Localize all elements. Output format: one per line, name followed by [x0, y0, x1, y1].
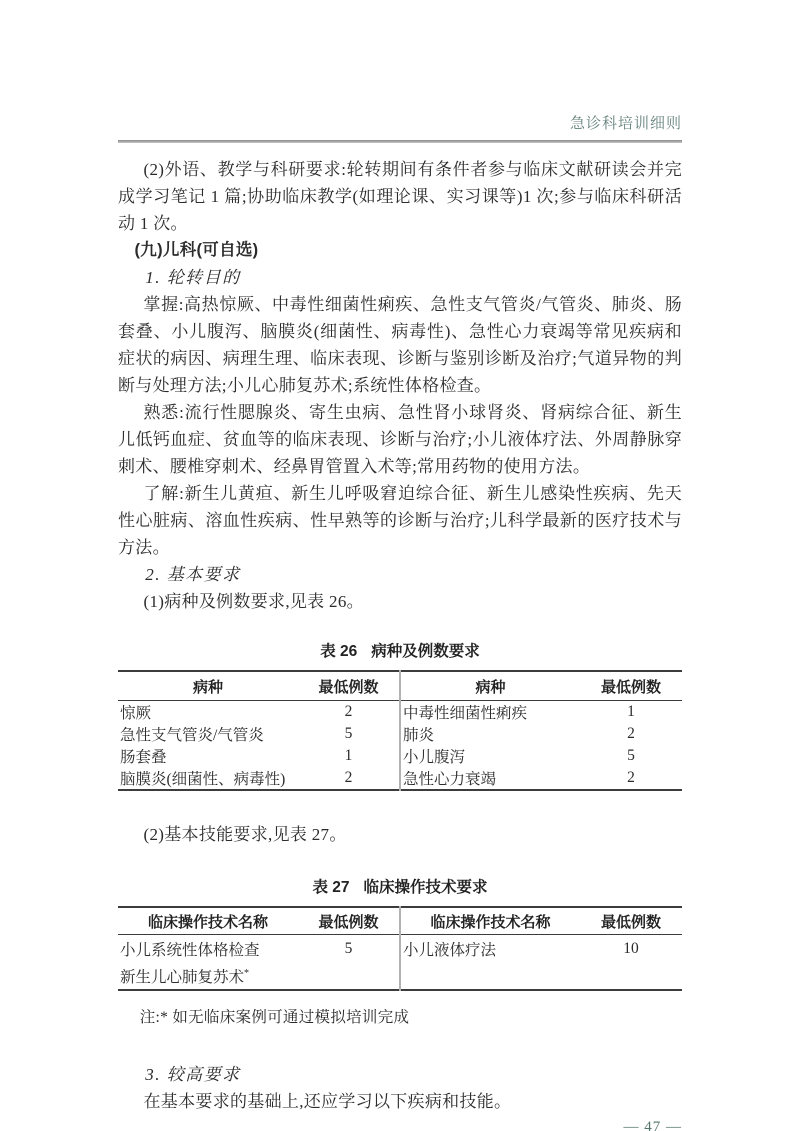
table-footnote: 注:* 如无临床案例可通过模拟培训完成 — [118, 1004, 682, 1031]
item-name-cell: 小儿腹泻 — [400, 745, 580, 767]
col-header-min-cases: 最低例数 — [580, 671, 682, 701]
min-cases-cell: 5 — [298, 935, 400, 963]
table-row: 急性支气管炎/气管炎5肺炎2 — [118, 723, 682, 745]
paragraph-understand: 了解:新生儿黄疸、新生儿呼吸窘迫综合征、新生儿感染性疾病、先天性心脏病、溶血性疾… — [118, 480, 682, 561]
table-row: 惊厥2中毒性细菌性痢疾1 — [118, 701, 682, 724]
paragraph-advanced: 在基本要求的基础上,还应学习以下疾病和技能。 — [118, 1088, 682, 1115]
section-heading-pediatrics: (九)儿科(可自选) — [118, 237, 682, 264]
table26-caption-text: 病种及例数要求 — [371, 643, 480, 660]
min-cases-cell — [580, 962, 682, 990]
table-header-row: 临床操作技术名称 最低例数 临床操作技术名称 最低例数 — [118, 907, 682, 935]
item-name-cell: 急性心力衰竭 — [400, 767, 580, 790]
min-cases-cell: 2 — [580, 723, 682, 745]
col-header-min-cases: 最低例数 — [580, 907, 682, 935]
table26-caption-label: 表 26 — [320, 643, 357, 660]
table26-caption: 表 26病种及例数要求 — [118, 639, 682, 661]
item-name-cell — [400, 962, 580, 990]
table-row: 新生儿心肺复苏术* — [118, 962, 682, 990]
col-header-disease: 病种 — [400, 671, 580, 701]
min-cases-cell: 2 — [298, 701, 400, 724]
min-cases-cell: 10 — [580, 935, 682, 963]
col-header-min-cases: 最低例数 — [298, 907, 400, 935]
min-cases-cell: 5 — [298, 723, 400, 745]
subheading-advanced-requirements: 3. 较高要求 — [118, 1061, 682, 1088]
paragraph-foreign-teaching: (2)外语、教学与科研要求:轮转期间有条件者参与临床文献研读会并完成学习笔记 1… — [118, 156, 682, 237]
subheading-rotation-purpose: 1. 轮转目的 — [118, 264, 682, 291]
min-cases-cell — [298, 962, 400, 990]
page-content: 急诊科培训细则 (2)外语、教学与科研要求:轮转期间有条件者参与临床文献研读会并… — [118, 0, 682, 1131]
item-name-cell: 惊厥 — [118, 701, 298, 724]
table-clinical-skills: 临床操作技术名称 最低例数 临床操作技术名称 最低例数 小儿系统性体格检查5小儿… — [118, 906, 682, 991]
body-text: (2)外语、教学与科研要求:轮转期间有条件者参与临床文献研读会并完成学习笔记 1… — [118, 156, 682, 1131]
page-number: — 47 — — [118, 1119, 682, 1131]
table-row: 肠套叠1小儿腹泻5 — [118, 745, 682, 767]
document-page: 急诊科培训细则 (2)外语、教学与科研要求:轮转期间有条件者参与临床文献研读会并… — [0, 0, 800, 1131]
table-row: 脑膜炎(细菌性、病毒性)2急性心力衰竭2 — [118, 767, 682, 790]
item-name-cell: 肺炎 — [400, 723, 580, 745]
item-name-cell: 肠套叠 — [118, 745, 298, 767]
item-name-cell: 新生儿心肺复苏术* — [118, 962, 298, 990]
paragraph-master: 掌握:高热惊厥、中毒性细菌性痢疾、急性支气管炎/气管炎、肺炎、肠套叠、小儿腹泻、… — [118, 291, 682, 399]
min-cases-cell: 1 — [580, 701, 682, 724]
paragraph-requirement-2: (2)基本技能要求,见表 27。 — [118, 821, 682, 848]
running-header: 急诊科培训细则 — [118, 112, 682, 133]
header-rule — [118, 140, 682, 143]
table27-body: 小儿系统性体格检查5小儿液体疗法10新生儿心肺复苏术* — [118, 935, 682, 991]
table-row: 小儿系统性体格检查5小儿液体疗法10 — [118, 935, 682, 963]
item-name-cell: 小儿系统性体格检查 — [118, 935, 298, 963]
item-name-cell: 脑膜炎(细菌性、病毒性) — [118, 767, 298, 790]
paragraph-familiar: 熟悉:流行性腮腺炎、寄生虫病、急性肾小球肾炎、肾病综合征、新生儿低钙血症、贫血等… — [118, 399, 682, 480]
table-disease-cases: 病种 最低例数 病种 最低例数 惊厥2中毒性细菌性痢疾1急性支气管炎/气管炎5肺… — [118, 670, 682, 791]
table27-caption-label: 表 27 — [312, 879, 349, 896]
min-cases-cell: 5 — [580, 745, 682, 767]
col-header-skill: 临床操作技术名称 — [400, 907, 580, 935]
paragraph-requirement-1: (1)病种及例数要求,见表 26。 — [118, 588, 682, 615]
footnote-asterisk: * — [244, 967, 249, 978]
subheading-basic-requirements: 2. 基本要求 — [118, 561, 682, 588]
min-cases-cell: 2 — [580, 767, 682, 790]
col-header-disease: 病种 — [118, 671, 298, 701]
table-header-row: 病种 最低例数 病种 最低例数 — [118, 671, 682, 701]
item-name-cell: 急性支气管炎/气管炎 — [118, 723, 298, 745]
item-name-cell: 中毒性细菌性痢疾 — [400, 701, 580, 724]
min-cases-cell: 1 — [298, 745, 400, 767]
table26-body: 惊厥2中毒性细菌性痢疾1急性支气管炎/气管炎5肺炎2肠套叠1小儿腹泻5脑膜炎(细… — [118, 701, 682, 791]
col-header-skill: 临床操作技术名称 — [118, 907, 298, 935]
table27-caption-text: 临床操作技术要求 — [364, 879, 488, 896]
col-header-min-cases: 最低例数 — [298, 671, 400, 701]
min-cases-cell: 2 — [298, 767, 400, 790]
table27-caption: 表 27临床操作技术要求 — [118, 875, 682, 897]
item-name-cell: 小儿液体疗法 — [400, 935, 580, 963]
